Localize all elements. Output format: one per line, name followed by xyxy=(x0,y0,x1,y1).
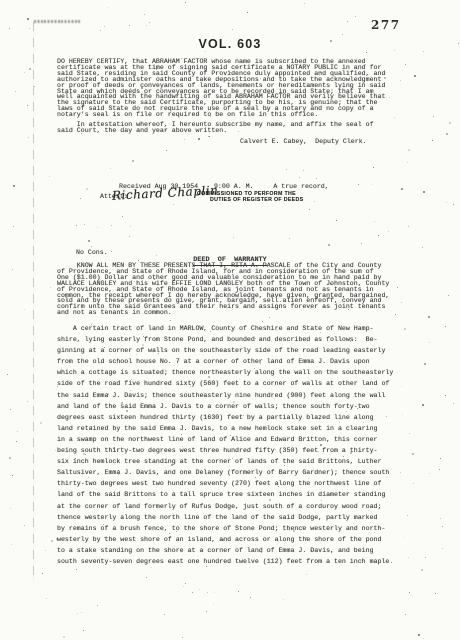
scan-noise-speck xyxy=(233,237,234,238)
text-line: notary's seal is on file or required to … xyxy=(57,112,397,118)
text-line: thirty-two degrees west two hundred seve… xyxy=(57,478,405,489)
scan-noise-speck xyxy=(232,309,233,310)
scan-noise-speck xyxy=(209,136,210,137)
scan-noise-speck xyxy=(141,87,143,89)
scan-noise-speck xyxy=(176,531,177,532)
scan-noise-speck xyxy=(233,401,235,403)
scan-noise-speck xyxy=(132,160,134,162)
scan-noise-speck xyxy=(400,80,401,81)
scan-noise-speck xyxy=(191,277,192,278)
scan-noise-speck xyxy=(185,583,186,584)
scan-noise-speck xyxy=(309,209,310,210)
scan-noise-speck xyxy=(445,395,446,396)
scan-noise-speck xyxy=(169,100,170,101)
scan-noise-speck xyxy=(446,202,447,203)
text-line: Saltusiver, Emma J. Davis, and one Delan… xyxy=(57,467,405,478)
scan-noise-speck xyxy=(76,569,77,570)
scan-noise-speck xyxy=(181,434,182,435)
scan-noise-speck xyxy=(429,473,430,474)
scan-noise-speck xyxy=(7,374,8,375)
scan-noise-speck xyxy=(12,269,13,270)
scan-noise-speck xyxy=(442,548,443,549)
scan-noise-speck xyxy=(288,529,289,530)
scan-noise-speck xyxy=(409,433,410,434)
scan-noise-speck xyxy=(164,614,165,615)
scan-noise-speck xyxy=(56,538,58,540)
text-line: to a stake standing on the shore at a co… xyxy=(57,545,405,556)
scan-noise-speck xyxy=(11,544,12,545)
scan-noise-speck xyxy=(347,21,348,22)
scan-noise-speck xyxy=(372,265,373,266)
scan-noise-speck xyxy=(10,409,11,410)
scan-noise-speck xyxy=(357,408,358,409)
scan-noise-speck xyxy=(439,469,440,470)
page-margin-rule xyxy=(33,22,34,582)
text-line: which a cottage is situated; thence nort… xyxy=(57,367,405,378)
scan-noise-speck xyxy=(100,30,101,31)
text-line: in a swamp on the northwest line of land… xyxy=(57,434,405,445)
scan-noise-speck xyxy=(428,316,430,318)
scan-noise-speck xyxy=(159,185,160,186)
scan-noise-speck xyxy=(404,328,406,330)
scan-noise-speck xyxy=(386,477,387,478)
scan-noise-speck xyxy=(130,390,131,391)
stamp-line-2: DUTIES OF REGISTER OF DEEDS xyxy=(197,197,307,203)
scan-noise-speck xyxy=(10,508,11,509)
scan-noise-speck xyxy=(418,634,420,636)
scan-noise-speck xyxy=(81,612,82,613)
scan-noise-speck xyxy=(111,225,112,226)
scan-noise-speck xyxy=(446,133,448,135)
scan-noise-speck xyxy=(391,562,392,563)
scan-noise-speck xyxy=(50,287,51,288)
text-line: westerly by the west shore of an island,… xyxy=(57,534,405,545)
text-line: ginning at a corner of walls on the sout… xyxy=(57,345,405,356)
scan-noise-speck xyxy=(165,129,167,131)
scan-noise-speck xyxy=(207,592,208,593)
scan-noise-speck xyxy=(413,483,414,484)
scan-noise-speck xyxy=(77,613,78,614)
scan-noise-speck xyxy=(206,611,207,612)
scan-noise-speck xyxy=(346,411,347,412)
scan-noise-speck xyxy=(111,251,112,252)
scan-noise-speck xyxy=(286,169,287,170)
scan-noise-speck xyxy=(29,28,30,29)
text-line: south seventy-seven degrees east one hun… xyxy=(57,556,405,567)
scan-noise-speck xyxy=(97,605,98,606)
scan-noise-speck xyxy=(210,331,211,332)
scan-noise-speck xyxy=(51,540,53,542)
scan-noise-speck xyxy=(433,116,434,117)
scan-noise-speck xyxy=(449,122,451,124)
scan-noise-speck xyxy=(173,204,174,205)
scan-noise-speck xyxy=(355,16,356,17)
scan-noise-speck xyxy=(103,524,104,525)
scan-noise-speck xyxy=(83,453,85,455)
scan-noise-speck xyxy=(208,376,210,378)
scan-noise-speck xyxy=(342,34,343,35)
scan-noise-speck xyxy=(453,403,454,404)
microfilm-edge-mark xyxy=(34,20,80,23)
scan-noise-speck xyxy=(232,29,233,30)
scan-noise-speck xyxy=(306,574,307,575)
scan-noise-speck xyxy=(370,522,371,523)
scan-noise-speck xyxy=(110,168,111,169)
scan-noise-speck xyxy=(24,72,25,73)
scan-noise-speck xyxy=(409,592,410,593)
scan-noise-speck xyxy=(213,603,214,604)
scan-noise-speck xyxy=(86,188,88,190)
scan-noise-speck xyxy=(198,138,200,140)
scan-noise-speck xyxy=(407,515,408,516)
scan-noise-speck xyxy=(121,402,123,404)
scan-noise-speck xyxy=(34,86,35,87)
scan-noise-speck xyxy=(414,75,416,77)
scan-noise-speck xyxy=(283,507,284,508)
scan-noise-speck xyxy=(247,12,248,13)
scan-noise-speck xyxy=(423,638,424,639)
scan-noise-speck xyxy=(275,449,276,450)
scan-noise-speck xyxy=(46,598,47,599)
scan-noise-speck xyxy=(152,282,153,283)
text-line: shire, lying easterly from Stone Pond, a… xyxy=(57,334,405,345)
scan-noise-speck xyxy=(24,525,25,526)
scan-noise-speck xyxy=(303,170,304,171)
scan-noise-speck xyxy=(156,69,157,70)
scan-noise-speck xyxy=(424,363,426,365)
text-line: and not as tenants in common. xyxy=(57,310,402,316)
scan-noise-speck xyxy=(283,599,284,600)
scan-noise-speck xyxy=(192,592,193,593)
scan-noise-speck xyxy=(304,3,305,4)
scan-noise-speck xyxy=(91,246,92,247)
scan-noise-speck xyxy=(365,64,366,65)
scan-noise-speck xyxy=(137,60,138,61)
scan-noise-speck xyxy=(388,231,389,232)
scan-noise-speck xyxy=(231,103,232,104)
scan-noise-speck xyxy=(421,569,423,571)
scan-noise-speck xyxy=(260,78,261,79)
scan-noise-speck xyxy=(42,573,43,574)
scan-noise-speck xyxy=(401,188,403,190)
scan-noise-speck xyxy=(407,162,408,163)
scan-noise-speck xyxy=(429,342,430,343)
text-line: thence westerly along the north line of … xyxy=(57,512,405,523)
scan-noise-speck xyxy=(149,22,150,23)
scan-noise-speck xyxy=(330,40,332,42)
scan-noise-speck xyxy=(328,244,330,246)
scan-noise-speck xyxy=(243,415,244,416)
scan-noise-speck xyxy=(184,139,185,140)
scan-noise-speck xyxy=(403,537,404,538)
scan-noise-speck xyxy=(366,52,367,53)
scan-noise-speck xyxy=(142,313,143,314)
text-line: side of the road five hundred sixty (560… xyxy=(57,378,405,389)
scan-noise-speck xyxy=(12,475,13,476)
attestation-paragraph: In attestation whereof, I hereunto subsc… xyxy=(57,122,397,134)
scan-noise-speck xyxy=(440,458,441,459)
scan-noise-speck xyxy=(145,438,146,439)
scan-noise-speck xyxy=(29,68,31,70)
text-line: and land of the said Emma J. Davis to a … xyxy=(57,401,405,412)
scan-noise-speck xyxy=(299,177,300,178)
scan-noise-speck xyxy=(16,441,17,442)
scan-noise-speck xyxy=(80,198,81,199)
granting-clause-paragraph: KNOW ALL MEN BY THESE PRESENTS THAT I, R… xyxy=(57,263,402,316)
scan-noise-speck xyxy=(151,567,152,568)
scan-noise-speck xyxy=(130,226,131,227)
scan-noise-speck xyxy=(345,518,346,519)
scan-noise-speck xyxy=(394,50,395,51)
scan-noise-speck xyxy=(432,140,433,141)
scan-noise-speck xyxy=(320,72,321,73)
scan-noise-speck xyxy=(45,550,46,551)
scan-noise-speck xyxy=(361,243,362,244)
scan-noise-speck xyxy=(144,14,145,15)
scan-noise-speck xyxy=(40,422,42,424)
scan-noise-speck xyxy=(206,566,207,567)
scan-noise-speck xyxy=(182,637,183,638)
scan-noise-speck xyxy=(118,470,119,471)
scan-noise-speck xyxy=(423,191,425,193)
scan-noise-speck xyxy=(238,131,239,132)
property-description-paragraph: A certain tract of land in MARLOW, Count… xyxy=(57,323,405,567)
scan-noise-speck xyxy=(91,426,92,427)
scan-noise-speck xyxy=(327,526,328,527)
scan-noise-speck xyxy=(389,97,390,98)
text-line: the said Emma J. Davis; thence southeast… xyxy=(57,390,405,401)
scan-noise-speck xyxy=(405,614,406,615)
scan-noise-speck xyxy=(363,422,364,423)
scan-noise-speck xyxy=(316,178,317,179)
scan-noise-speck xyxy=(372,184,373,185)
scan-noise-speck xyxy=(166,150,167,151)
scan-noise-speck xyxy=(440,518,441,519)
scan-noise-speck xyxy=(183,586,184,587)
scan-noise-speck xyxy=(214,592,215,593)
scan-noise-speck xyxy=(112,482,113,483)
scan-noise-speck xyxy=(91,82,92,83)
scan-noise-speck xyxy=(104,537,105,538)
text-line: by remains of a brush fence, to the shor… xyxy=(57,523,405,534)
scan-noise-speck xyxy=(55,450,56,451)
scan-noise-speck xyxy=(368,124,369,125)
scan-noise-speck xyxy=(425,557,426,558)
scan-noise-speck xyxy=(401,386,402,387)
scan-noise-speck xyxy=(129,236,130,237)
scan-noise-speck xyxy=(230,435,231,436)
scan-noise-speck xyxy=(222,539,224,541)
scan-noise-speck xyxy=(15,91,16,92)
scan-noise-speck xyxy=(76,225,77,226)
scan-noise-speck xyxy=(280,273,281,274)
scan-noise-speck xyxy=(350,452,352,454)
register-of-deeds-stamp: COMMISSIONED TO PERFORM THE DUTIES OF RE… xyxy=(197,191,307,204)
scan-noise-speck xyxy=(107,7,108,8)
scan-noise-speck xyxy=(350,341,351,342)
scan-noise-speck xyxy=(63,636,65,638)
scan-noise-speck xyxy=(170,320,171,321)
scan-noise-speck xyxy=(100,339,101,340)
scan-noise-speck xyxy=(28,137,29,138)
text-line: being south thirty-two degrees west thre… xyxy=(57,445,405,456)
scan-noise-speck xyxy=(27,105,28,106)
scan-noise-speck xyxy=(314,201,315,202)
scan-noise-speck xyxy=(336,220,337,221)
scan-noise-speck xyxy=(358,184,359,185)
scan-noise-speck xyxy=(205,51,206,52)
scan-noise-speck xyxy=(27,401,28,402)
scan-noise-speck xyxy=(412,453,414,455)
scan-noise-speck xyxy=(320,444,322,446)
scan-noise-speck xyxy=(146,577,147,578)
page-number: 277 xyxy=(371,18,401,32)
scan-noise-speck xyxy=(408,557,409,558)
scan-noise-speck xyxy=(353,523,354,524)
scan-noise-speck xyxy=(85,454,86,455)
text-line: said Court, the day and year above writt… xyxy=(57,128,397,134)
scan-noise-speck xyxy=(161,125,162,126)
scan-noise-speck xyxy=(311,550,312,551)
text-line: land of the said Brittons to a tall spru… xyxy=(57,489,405,500)
scan-noise-speck xyxy=(49,176,50,177)
deputy-clerk-signature-line: Calvert E. Cabey, Deputy Clerk. xyxy=(240,138,367,145)
scan-noise-speck xyxy=(27,18,29,20)
scan-noise-speck xyxy=(17,431,18,432)
scan-noise-speck xyxy=(126,195,127,196)
scan-noise-speck xyxy=(231,330,232,331)
scan-noise-speck xyxy=(293,530,295,532)
scan-noise-speck xyxy=(321,500,322,501)
scan-noise-speck xyxy=(362,537,363,538)
scan-noise-speck xyxy=(374,221,375,222)
text-line: from the old school house No. 7 at a cor… xyxy=(57,356,405,367)
scan-noise-speck xyxy=(384,77,386,79)
scan-noise-speck xyxy=(378,235,379,236)
scan-noise-speck xyxy=(442,526,443,527)
scan-noise-speck xyxy=(9,28,10,29)
scan-noise-speck xyxy=(250,597,251,598)
text-line: A certain tract of land in MARLOW, Count… xyxy=(57,323,405,334)
scan-noise-speck xyxy=(104,26,105,27)
scan-noise-speck xyxy=(13,185,15,187)
scan-noise-speck xyxy=(408,149,410,151)
scan-noise-speck xyxy=(185,2,186,3)
scan-noise-speck xyxy=(277,330,278,331)
scan-noise-speck xyxy=(24,309,25,310)
scan-noise-speck xyxy=(408,226,409,227)
text-line: degrees east sixteen hundred thirty (163… xyxy=(57,412,405,423)
scan-noise-speck xyxy=(238,591,239,592)
scan-noise-speck xyxy=(97,227,98,228)
scan-noise-speck xyxy=(435,593,436,594)
scan-noise-speck xyxy=(373,167,374,168)
volume-title: VOL. 603 xyxy=(0,37,460,51)
scan-noise-speck xyxy=(319,419,320,420)
scan-noise-speck xyxy=(308,478,309,479)
scan-noise-speck xyxy=(9,457,11,459)
scan-noise-speck xyxy=(154,279,155,280)
scan-noise-speck xyxy=(129,25,130,26)
scan-noise-speck xyxy=(330,283,332,285)
scanned-deed-record-page: 277 VOL. 603 DO HEREBY CERTIFY, that ABR… xyxy=(0,0,460,640)
scan-noise-speck xyxy=(83,630,84,631)
scan-noise-speck xyxy=(448,295,449,296)
text-line: land retained by the said Emma J. Davis,… xyxy=(57,423,405,434)
scan-noise-speck xyxy=(199,589,200,590)
scan-noise-speck xyxy=(146,25,147,26)
scan-noise-speck xyxy=(422,404,424,406)
scan-noise-speck xyxy=(181,58,182,59)
scan-noise-speck xyxy=(88,240,90,242)
scan-noise-speck xyxy=(84,224,85,225)
scan-noise-speck xyxy=(269,317,270,318)
scan-noise-speck xyxy=(295,505,296,506)
scan-noise-speck xyxy=(402,414,403,415)
scan-noise-speck xyxy=(13,226,14,227)
notary-certificate-paragraph: DO HEREBY CERTIFY, that ABRAHAM FACTOR w… xyxy=(57,59,397,118)
text-line: at the corner of land formerly of Rufus … xyxy=(57,501,405,512)
scan-noise-speck xyxy=(405,64,406,65)
scan-noise-speck xyxy=(161,271,162,272)
scan-noise-speck xyxy=(122,216,123,217)
scan-noise-speck xyxy=(289,238,290,239)
scan-noise-speck xyxy=(445,326,446,327)
scan-noise-speck xyxy=(453,204,454,205)
